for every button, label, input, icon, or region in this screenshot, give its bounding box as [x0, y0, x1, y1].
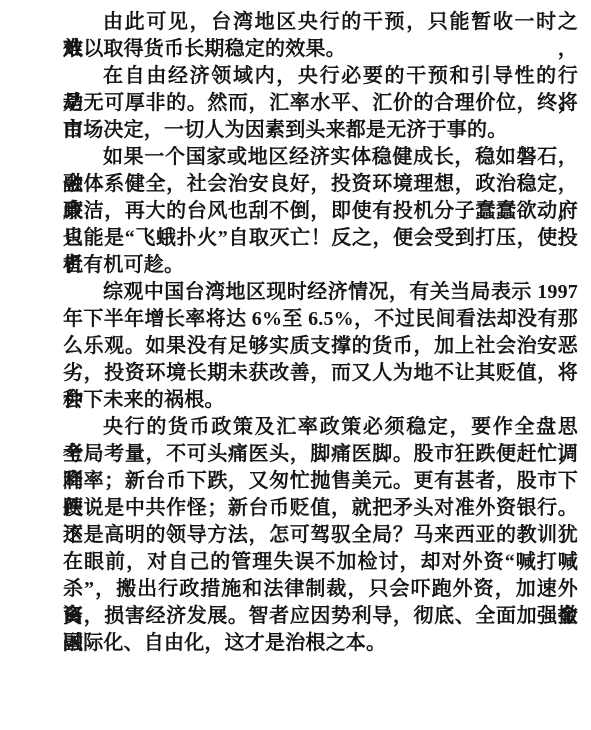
- text-line: 种下未来的祸根。: [63, 387, 578, 414]
- text-line: 国际化、自由化，这才是治根之本。: [63, 630, 578, 657]
- text-line: 劣，投资环境长期未获改善，而又人为地不让其贬值，将会: [63, 360, 578, 387]
- text-line: 离，损害经济发展。智者应因势利导，彻底、全面加强金融: [63, 603, 578, 630]
- text-line: 如果一个国家或地区经济实体稳健成长，稳如磐石，金: [63, 144, 578, 171]
- text-line: 么乐观。如果没有足够实质支撑的货币，加上社会治安恶: [63, 333, 578, 360]
- text-line: 综观中国台湾地区现时经济情况，有关当局表示 1997: [63, 279, 578, 306]
- text-line: 是无可厚非的。然而，汇率水平、汇价的合理价位，终将由: [63, 90, 578, 117]
- text-line: 在自由经济领域内，央行必要的干预和引导性的行动，: [63, 63, 578, 90]
- scanned-page: 由此可见，台湾地区央行的干预，只能暂收一时之效， 难以取得货币长期稳定的效果。 …: [0, 0, 591, 730]
- text-line: 全局考量，不可头痛医头，脚痛医脚。股市狂跌便赶忙调降: [63, 441, 578, 468]
- text-line: 在眼前，对自己的管理失误不加检讨，却对外资“喊打喊: [63, 549, 578, 576]
- text-line: 杀”，搬出行政措施和法律制裁，只会吓跑外资，加速外资撤: [63, 576, 578, 603]
- text-line: 只能是“飞蛾扑火”自取灭亡！反之，便会受到打压，使投机: [63, 225, 578, 252]
- text-line: 融体系健全，社会治安良好，投资环境理想，政治稳定，政府: [63, 171, 578, 198]
- text-line: 者有机可趁。: [63, 252, 578, 279]
- text-line: 廉洁，再大的台风也刮不倒，即使有投机分子蠢蠢欲动，也: [63, 198, 578, 225]
- text-line: 便说是中共作怪；新台币贬值，就把矛头对准外资银行。这: [63, 495, 578, 522]
- text-line: 由此可见，台湾地区央行的干预，只能暂收一时之效，: [63, 9, 578, 36]
- text-line: 利率；新台币下跌，又匆忙抛售美元。更有甚者，股市下跌: [63, 468, 578, 495]
- text-line: 年下半年增长率将达 6%至 6.5%，不过民间看法却没有那: [63, 306, 578, 333]
- body-text: 由此可见，台湾地区央行的干预，只能暂收一时之效， 难以取得货币长期稳定的效果。 …: [63, 9, 578, 657]
- text-line: 央行的货币政策及汇率政策必须稳定，要作全盘思考，: [63, 414, 578, 441]
- text-line: 市场决定，一切人为因素到头来都是无济于事的。: [63, 117, 578, 144]
- text-line: 不是高明的领导方法，怎可驾驭全局？马来西亚的教训犹: [63, 522, 578, 549]
